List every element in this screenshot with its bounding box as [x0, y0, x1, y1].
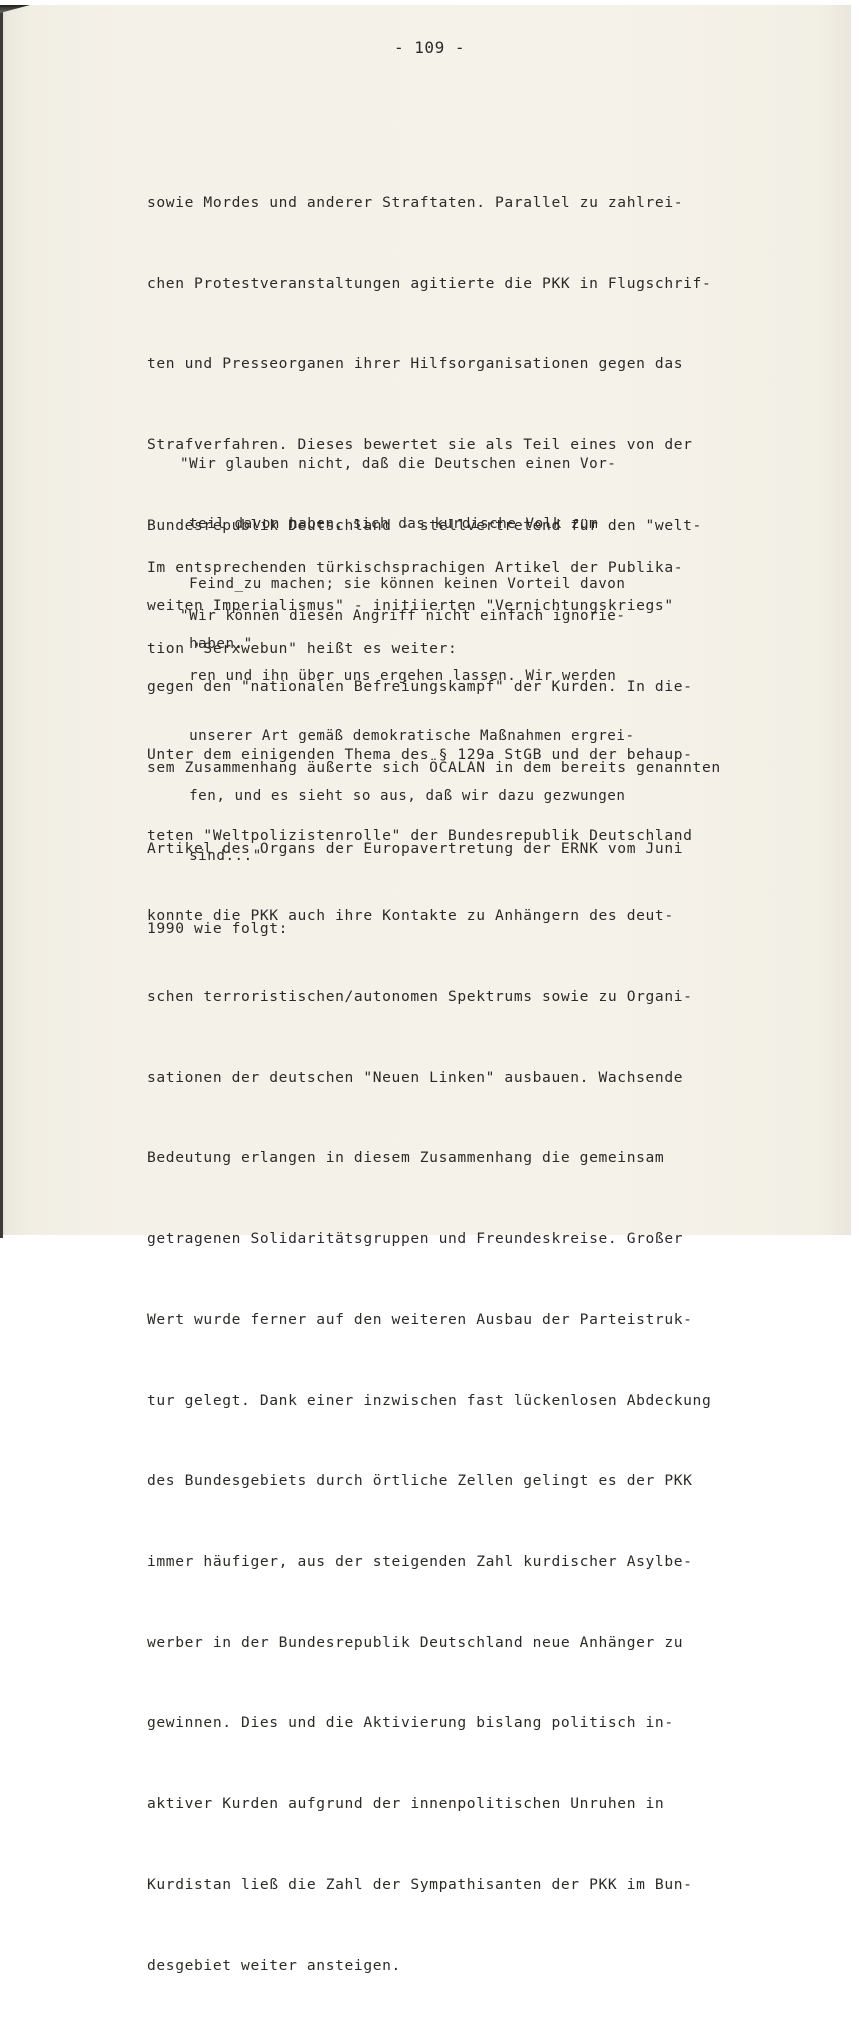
- paragraph-3: Unter dem einigenden Thema des § 129a St…: [147, 688, 711, 1242]
- page-number: - 109 -: [0, 38, 859, 57]
- text-line: Bedeutung erlangen in diesem Zusammenhan…: [147, 1145, 711, 1172]
- quote-line: "Wir glauben nicht, daß die Deutschen ei…: [180, 454, 626, 474]
- text-line: sowie Mordes und anderer Straftaten. Par…: [147, 190, 721, 217]
- text-line: ten und Presseorganen ihrer Hilfsorganis…: [147, 351, 721, 378]
- text-line: konnte die PKK auch ihre Kontakte zu Anh…: [147, 903, 711, 930]
- text-line: schen terroristischen/autonomen Spektrum…: [147, 984, 711, 1011]
- quote-line: ren und ihn über uns ergehen lassen. Wir…: [180, 666, 635, 686]
- text-line: sationen der deutschen "Neuen Linken" au…: [147, 1065, 711, 1092]
- text-line: teten "Weltpolizistenrolle" der Bundesre…: [147, 823, 711, 850]
- text-line: getragenen Solidaritätsgruppen und Freun…: [147, 1226, 711, 1242]
- text-line: Unter dem einigenden Thema des § 129a St…: [147, 742, 711, 769]
- quote-line: "Wir können diesen Angriff nicht einfach…: [180, 606, 635, 626]
- document-page: - 109 - sowie Mordes und anderer Strafta…: [0, 0, 859, 1242]
- text-line: chen Protestveranstaltungen agitierte di…: [147, 271, 721, 298]
